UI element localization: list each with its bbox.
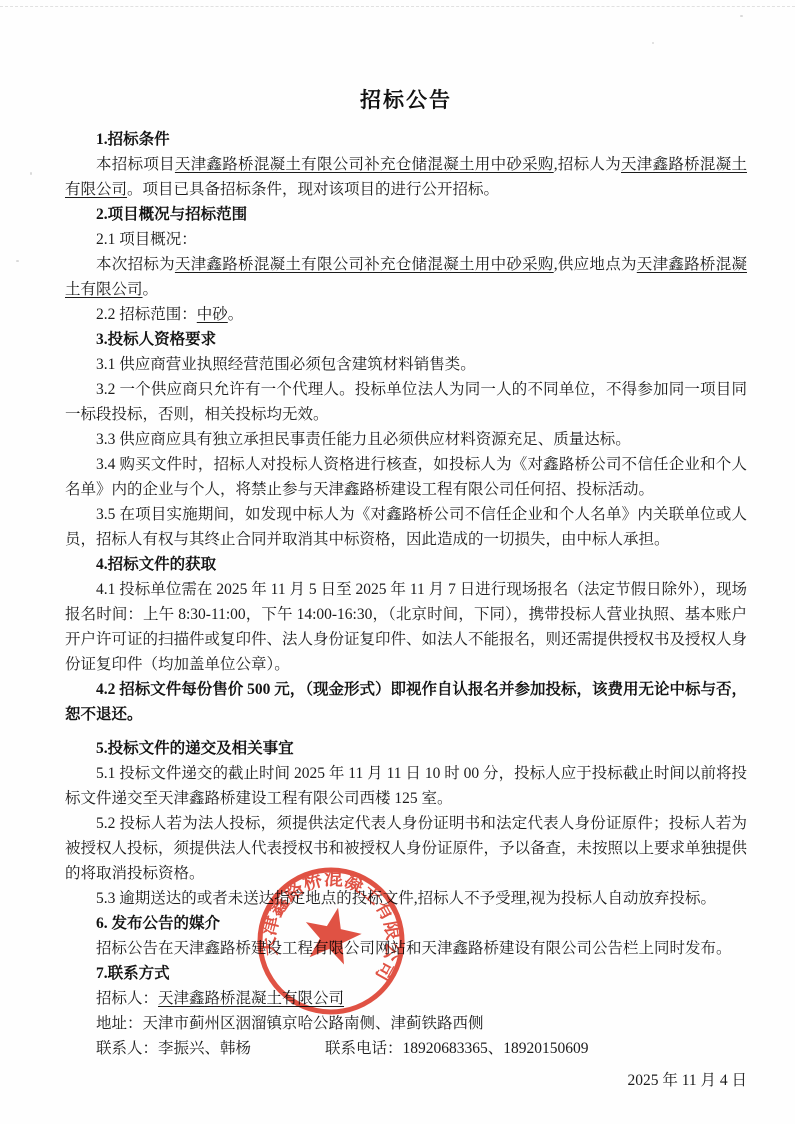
contact-address-line: 地址：天津市蓟州区洇溜镇京哈公路南侧、津蓟铁路西侧: [65, 1011, 747, 1036]
text-segment: 。: [228, 306, 244, 323]
contact-bidder-line: 招标人：天津鑫路桥混凝土有限公司: [65, 986, 747, 1011]
scan-artifact-line: [0, 6, 795, 7]
paragraph-bid-scope: 2.2 招标范围：中砂。: [65, 302, 747, 327]
text-segment: ,招标人为: [554, 156, 621, 173]
section-7-heading: 7.联系方式: [65, 961, 747, 986]
text-segment: 2.2 招标范围：: [96, 306, 197, 323]
underlined-material-name: 中砂: [197, 306, 228, 323]
document-title: 招标公告: [65, 84, 747, 114]
paragraph-4-1: 4.1 投标单位需在 2025 年 11 月 5 日至 2025 年 11 月 …: [65, 577, 747, 677]
paragraph-3-1: 3.1 供应商营业执照经营范围必须包含建筑材料销售类。: [65, 352, 747, 377]
text-segment: 本招标项目: [96, 156, 175, 173]
text-segment: 。: [143, 281, 159, 298]
text-segment: ,供应地点为: [554, 256, 637, 273]
underlined-project-name: 天津鑫路桥混凝土有限公司补充仓储混凝土用中砂采购: [175, 256, 554, 273]
scan-artifact-speck: [30, 172, 32, 175]
underlined-project-name: 天津鑫路桥混凝土有限公司补充仓储混凝土用中砂采购: [175, 156, 554, 173]
scan-artifact-speck: [652, 42, 654, 44]
section-4-heading: 4.招标文件的获取: [65, 552, 747, 577]
section-2-heading: 2.项目概况与招标范围: [65, 202, 747, 227]
scan-artifact-speck: [740, 15, 743, 17]
paragraph-3-2: 3.2 一个供应商只允许有一个代理人。投标单位法人为同一人的不同单位，不得参加同…: [65, 377, 747, 427]
section-3-heading: 3.投标人资格要求: [65, 327, 747, 352]
section-5-heading: 5.投标文件的递交及相关事宜: [65, 736, 747, 761]
section-1-heading: 1.招标条件: [65, 127, 747, 152]
underlined-company-name: 天津鑫路桥混凝土有限公司: [158, 990, 344, 1007]
announcement-date: 2025 年 11 月 4 日: [65, 1068, 747, 1093]
paragraph-4-2: 4.2 招标文件每份售价 500 元，（现金形式）即视作自认报名并参加投标，该费…: [65, 677, 747, 727]
contact-names: 联系人：李振兴、韩杨: [96, 1040, 251, 1057]
text-segment: 本次招标为: [96, 256, 175, 273]
paragraph-project-overview: 本次招标为天津鑫路桥混凝土有限公司补充仓储混凝土用中砂采购,供应地点为天津鑫路桥…: [65, 252, 747, 302]
paragraph-bid-conditions: 本招标项目天津鑫路桥混凝土有限公司补充仓储混凝土用中砂采购,招标人为天津鑫路桥混…: [65, 152, 747, 202]
contact-phone: 联系电话：18920683365、18920150609: [325, 1040, 589, 1057]
paragraph-6-1: 招标公告在天津鑫路桥建设工程有限公司网站和天津鑫路桥建设有限公司公告栏上同时发布…: [65, 936, 747, 961]
paragraph-5-2: 5.2 投标人若为法人投标，须提供法定代表人身份证明书和法定代表人身份证原件；投…: [65, 811, 747, 886]
document-body: 招标公告 1.招标条件 本招标项目天津鑫路桥混凝土有限公司补充仓储混凝土用中砂采…: [65, 84, 747, 1093]
document-page: 招标公告 1.招标条件 本招标项目天津鑫路桥混凝土有限公司补充仓储混凝土用中砂采…: [0, 0, 795, 1124]
paragraph-3-4: 3.4 购买文件时，招标人对投标人资格进行核查，如投标人为《对鑫路桥公司不信任企…: [65, 452, 747, 502]
bidder-label: 招标人：: [96, 990, 158, 1007]
contact-persons-line: 联系人：李振兴、韩杨联系电话：18920683365、18920150609: [65, 1036, 747, 1061]
paragraph-3-5: 3.5 在项目实施期间，如发现中标人为《对鑫路桥公司不信任企业和个人名单》内关联…: [65, 502, 747, 552]
scan-artifact-speck: [16, 260, 19, 262]
text-segment: 。项目已具备招标条件，现对该项目的进行公开招标。: [127, 181, 499, 198]
section-6-heading: 6. 发布公告的媒介: [65, 911, 747, 936]
paragraph-2-1-label: 2.1 项目概况：: [65, 227, 747, 252]
paragraph-5-3: 5.3 逾期送达的或者未送达指定地点的投标文件,招标人不予受理,视为投标人自动放…: [65, 886, 747, 911]
paragraph-3-3: 3.3 供应商应具有独立承担民事责任能力且必须供应材料资源充足、质量达标。: [65, 427, 747, 452]
paragraph-5-1: 5.1 投标文件递交的截止时间 2025 年 11 月 11 日 10 时 00…: [65, 761, 747, 811]
